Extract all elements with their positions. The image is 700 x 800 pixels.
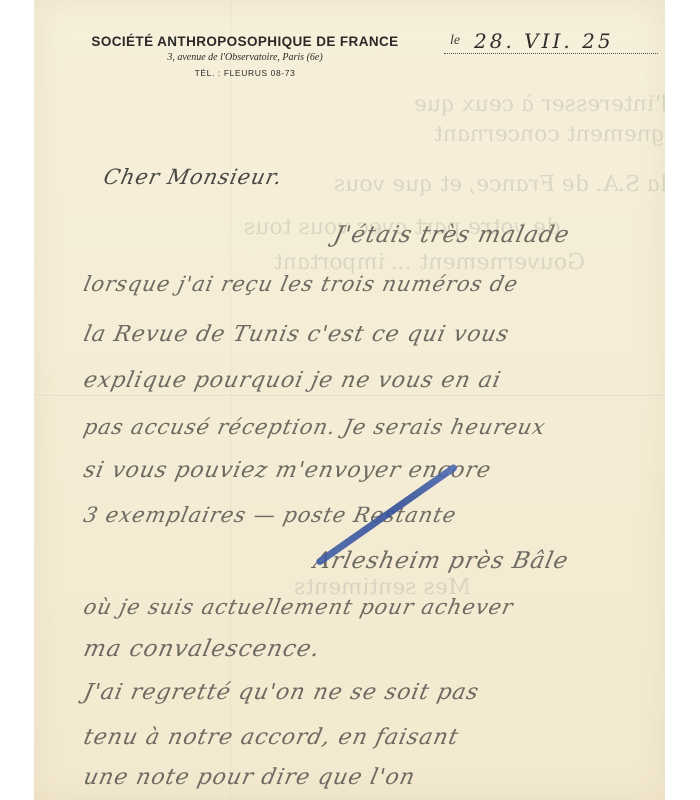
organization-address: 3, avenue de l'Observatoire, Paris (6e): [84, 52, 406, 63]
horizontal-fold-crease: [34, 395, 665, 397]
letter-line: J'ai regretté qu'on ne se soit pas: [81, 680, 481, 705]
letter-line: pas accusé réception. Je serais heureux: [81, 415, 548, 439]
date-field: le 28. VII. 25: [444, 35, 658, 54]
letter-line: J'étais très malade: [331, 222, 572, 248]
bleed-through-text: Ernest d'interesser à ceux que: [412, 92, 665, 117]
bleed-through-text: tout renseignement concernant: [432, 122, 665, 147]
salutation: Cher Monsieur.: [101, 165, 284, 189]
organization-name: SOCIÉTÉ ANTHROPOSOPHIQUE DE FRANCE: [84, 34, 406, 49]
letter-line: lorsque j'ai reçu les trois numéros de: [81, 272, 520, 296]
letter-line: ma convalescence.: [81, 636, 322, 662]
letter-line: tenu à notre accord, en faisant: [81, 725, 461, 750]
letter-line: explique pourquoi je ne vous en ai: [81, 368, 503, 393]
date-prefix: le: [450, 33, 460, 49]
letter-line: une note pour dire que l'on: [81, 765, 417, 790]
date-value: 28. VII. 25: [474, 29, 614, 53]
letter-line: où je suis actuellement pour achever: [81, 595, 515, 619]
bleed-through-text: la S.A. de France, et que vous: [332, 172, 665, 197]
letter-paper: Ernest d'interesser à ceux que tout rens…: [34, 0, 665, 800]
letterhead: SOCIÉTÉ ANTHROPOSOPHIQUE DE FRANCE 3, av…: [84, 34, 406, 78]
organization-phone: TÉL. : FLEURUS 08-73: [84, 68, 406, 78]
letter-line: Arlesheim près Bâle: [311, 548, 571, 574]
letter-line: la Revue de Tunis c'est ce qui vous: [81, 322, 511, 347]
